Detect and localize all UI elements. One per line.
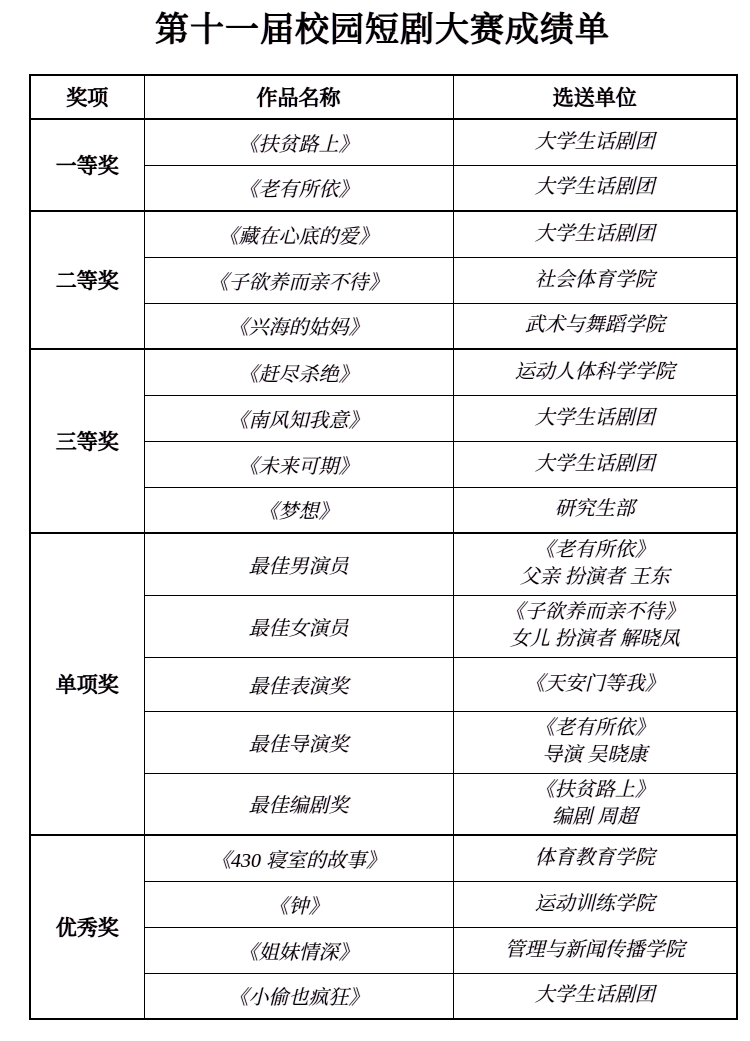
work-cell: 《藏在心底的爱》	[144, 211, 453, 257]
work-cell: 《子欲养而亲不待》	[144, 257, 453, 303]
unit-cell: 社会体育学院	[453, 257, 737, 303]
column-header-unit: 选送单位	[453, 75, 737, 119]
work-cell: 《姐妹情深》	[144, 927, 453, 973]
unit-cell: 研究生部	[453, 487, 737, 533]
work-cell: 《未来可期》	[144, 441, 453, 487]
unit-line: 《老有所依》	[458, 715, 733, 742]
unit-cell: 大学生话剧团	[453, 165, 737, 211]
work-cell: 《钟》	[144, 881, 453, 927]
unit-line: 大学生话剧团	[458, 982, 733, 1009]
unit-line: 运动人体科学学院	[458, 359, 733, 386]
unit-line: 大学生话剧团	[458, 129, 733, 156]
unit-line: 父亲 扮演者 王东	[458, 564, 733, 591]
work-cell: 《430 寝室的故事》	[144, 835, 453, 881]
unit-line: 《扶贫路上》	[458, 777, 733, 804]
work-cell: 最佳导演奖	[144, 711, 453, 773]
unit-cell: 运动人体科学学院	[453, 349, 737, 395]
unit-cell: 大学生话剧团	[453, 973, 737, 1019]
unit-cell: 武术与舞蹈学院	[453, 303, 737, 349]
work-cell: 《兴海的姑妈》	[144, 303, 453, 349]
work-cell: 《老有所依》	[144, 165, 453, 211]
unit-line: 运动训练学院	[458, 891, 733, 918]
work-cell: 最佳表演奖	[144, 657, 453, 711]
work-cell: 《赶尽杀绝》	[144, 349, 453, 395]
unit-cell: 《子欲养而亲不待》女儿 扮演者 解晓凤	[453, 595, 737, 657]
unit-line: 《子欲养而亲不待》	[458, 599, 733, 626]
column-header-award: 奖项	[30, 75, 144, 119]
unit-cell: 大学生话剧团	[453, 119, 737, 165]
unit-line: 大学生话剧团	[458, 174, 733, 201]
document-page: 第十一届校园短剧大赛成绩单 奖项 作品名称 选送单位 一等奖《扶贫路上》大学生话…	[0, 0, 750, 1020]
table-row: 一等奖《扶贫路上》大学生话剧团	[30, 119, 737, 165]
unit-line: 女儿 扮演者 解晓凤	[458, 626, 733, 653]
unit-line: 《老有所依》	[458, 537, 733, 564]
award-cell: 二等奖	[30, 211, 144, 349]
unit-line: 大学生话剧团	[458, 451, 733, 478]
award-cell: 优秀奖	[30, 835, 144, 1019]
unit-cell: 管理与新闻传播学院	[453, 927, 737, 973]
work-cell: 《小偷也疯狂》	[144, 973, 453, 1019]
unit-line: 编剧 周超	[458, 804, 733, 831]
table-row: 单项奖最佳男演员《老有所依》父亲 扮演者 王东	[30, 533, 737, 595]
work-cell: 最佳女演员	[144, 595, 453, 657]
unit-line: 《天安门等我》	[458, 671, 733, 698]
table-row: 三等奖《赶尽杀绝》运动人体科学学院	[30, 349, 737, 395]
unit-cell: 《老有所依》导演 吴晓康	[453, 711, 737, 773]
unit-cell: 运动训练学院	[453, 881, 737, 927]
column-header-work: 作品名称	[144, 75, 453, 119]
unit-line: 导演 吴晓康	[458, 742, 733, 769]
work-cell: 《南风知我意》	[144, 395, 453, 441]
work-cell: 《扶贫路上》	[144, 119, 453, 165]
work-cell: 《梦想》	[144, 487, 453, 533]
award-cell: 一等奖	[30, 119, 144, 211]
unit-line: 大学生话剧团	[458, 405, 733, 432]
work-cell: 最佳男演员	[144, 533, 453, 595]
unit-cell: 《老有所依》父亲 扮演者 王东	[453, 533, 737, 595]
work-cell: 最佳编剧奖	[144, 773, 453, 835]
results-table: 奖项 作品名称 选送单位 一等奖《扶贫路上》大学生话剧团《老有所依》大学生话剧团…	[29, 74, 738, 1020]
unit-cell: 《天安门等我》	[453, 657, 737, 711]
unit-cell: 《扶贫路上》编剧 周超	[453, 773, 737, 835]
table-row: 二等奖《藏在心底的爱》大学生话剧团	[30, 211, 737, 257]
unit-cell: 大学生话剧团	[453, 395, 737, 441]
unit-cell: 大学生话剧团	[453, 211, 737, 257]
unit-cell: 体育教育学院	[453, 835, 737, 881]
award-cell: 三等奖	[30, 349, 144, 533]
unit-line: 武术与舞蹈学院	[458, 312, 733, 339]
unit-line: 研究生部	[458, 496, 733, 523]
unit-line: 社会体育学院	[458, 267, 733, 294]
page-title: 第十一届校园短剧大赛成绩单	[29, 12, 736, 50]
unit-line: 大学生话剧团	[458, 221, 733, 248]
unit-line: 体育教育学院	[458, 845, 733, 872]
unit-cell: 大学生话剧团	[453, 441, 737, 487]
award-cell: 单项奖	[30, 533, 144, 835]
table-row: 优秀奖《430 寝室的故事》体育教育学院	[30, 835, 737, 881]
header-row: 奖项 作品名称 选送单位	[30, 75, 737, 119]
unit-line: 管理与新闻传播学院	[458, 937, 733, 964]
